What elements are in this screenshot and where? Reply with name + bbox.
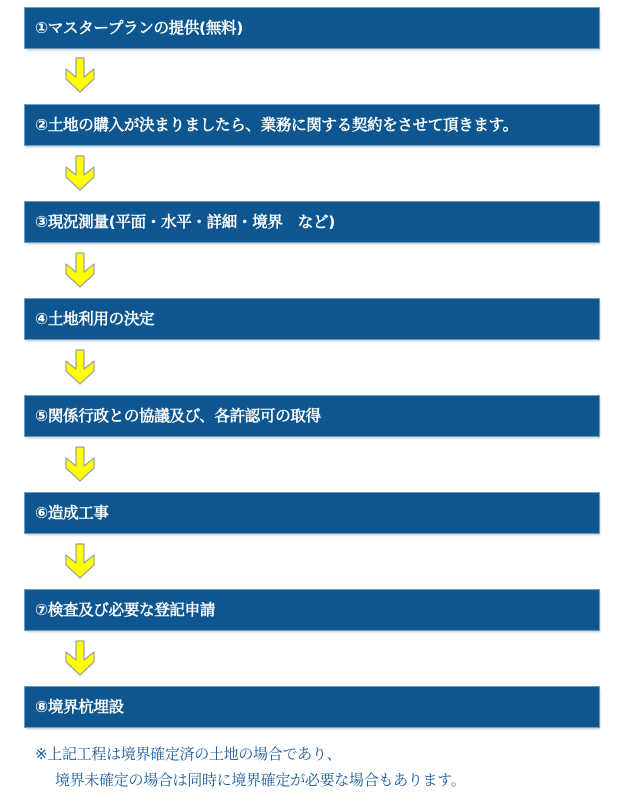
arrow-down-icon [63,252,97,288]
footnote: ※上記工程は境界確定済の土地の場合であり、 境界未確定の場合は同時に境界確定が必… [35,741,465,793]
step-5-box: ⑤関係行政との協議及び、各許認可の取得 [25,396,599,436]
footnote-line-2: 境界未確定の場合は同時に境界確定が必要な場合もあります。 [35,767,465,793]
step-1-label: ①マスタープランの提供(無料) [35,19,243,37]
footnote-line-1: ※上記工程は境界確定済の土地の場合であり、 [35,741,465,767]
step-5-label: ⑤関係行政との協議及び、各許認可の取得 [35,407,321,425]
step-3-box: ③現況測量(平面・水平・詳細・境界 など) [25,202,599,242]
arrow-down-icon [63,543,97,579]
arrow-down-icon [63,640,97,676]
step-7-label: ⑦検査及び必要な登記申請 [35,601,215,619]
arrow-down-icon [63,349,97,385]
step-8-box: ⑧境界杭埋設 [25,687,599,727]
step-7-box: ⑦検査及び必要な登記申請 [25,590,599,630]
arrow-down-icon [63,155,97,191]
step-6-label: ⑥造成工事 [35,504,109,522]
step-8-label: ⑧境界杭埋設 [35,698,124,716]
step-4-box: ④土地利用の決定 [25,299,599,339]
step-2-label: ②土地の購入が決まりましたら、業務に関する契約をさせて頂きます。 [35,116,518,134]
arrow-down-icon [63,446,97,482]
step-4-label: ④土地利用の決定 [35,310,154,328]
step-6-box: ⑥造成工事 [25,493,599,533]
step-3-label: ③現況測量(平面・水平・詳細・境界 など) [35,213,335,231]
step-1-box: ①マスタープランの提供(無料) [25,8,599,48]
arrow-down-icon [63,57,97,93]
step-2-box: ②土地の購入が決まりましたら、業務に関する契約をさせて頂きます。 [25,105,599,145]
